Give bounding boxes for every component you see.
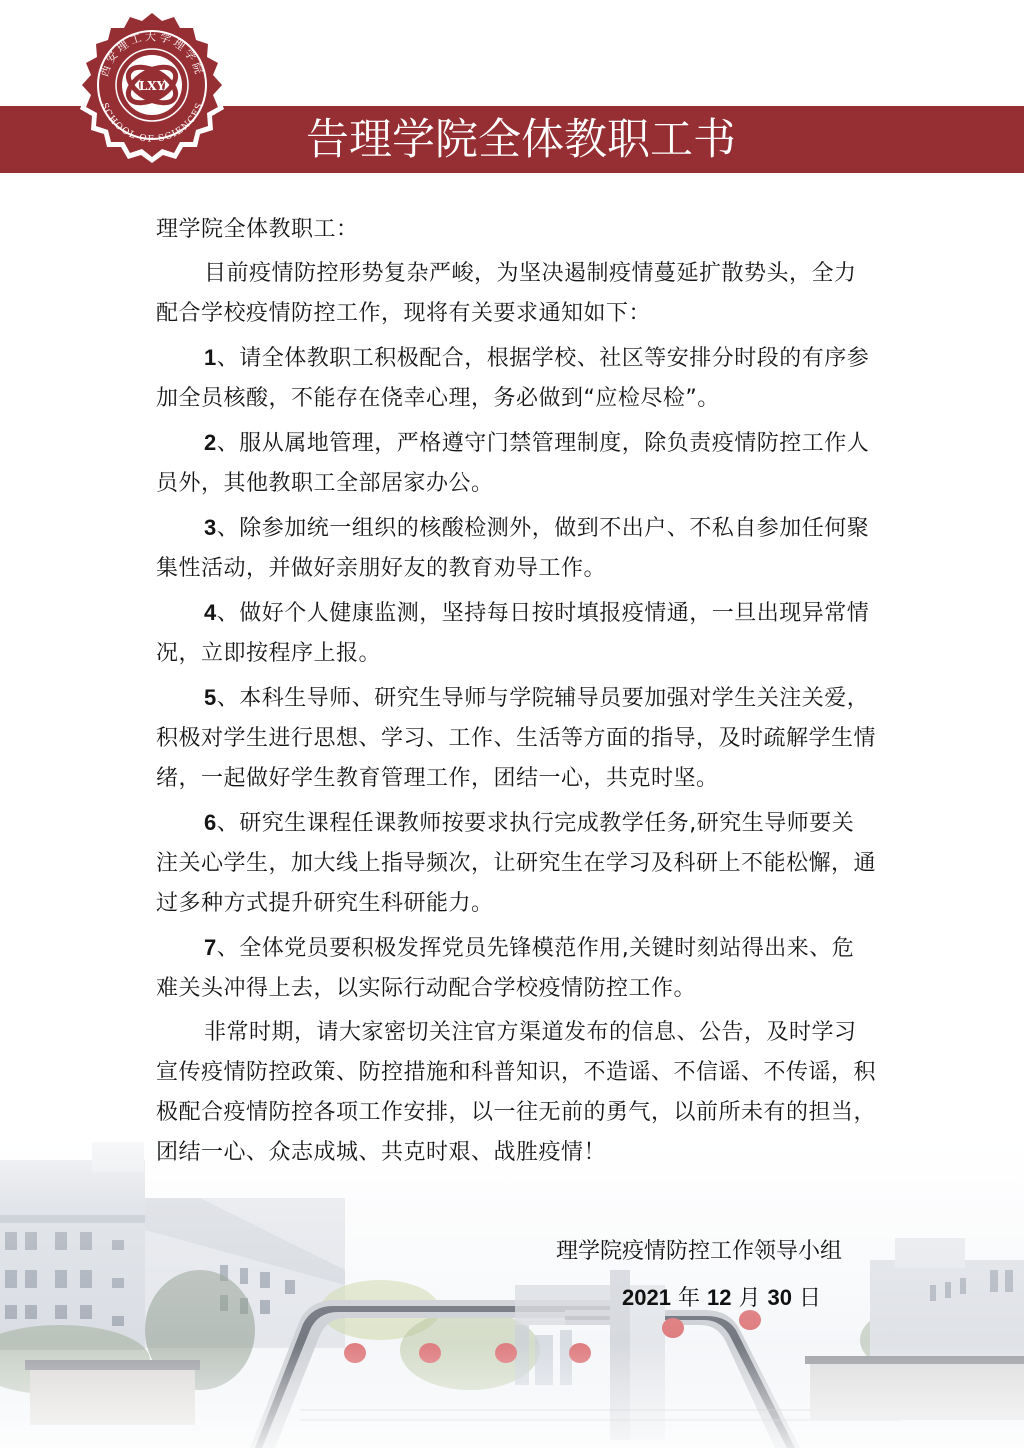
date-month-unit: 月 bbox=[738, 1286, 760, 1311]
letter-closing: 非常时期，请大家密切关注官方渠道发布的信息、公告，及时学习宣传疫情防控政策、防控… bbox=[156, 1013, 876, 1173]
date-year: 2021 bbox=[622, 1285, 671, 1310]
letter-item-1: 1、请全体教职工积极配合，根据学校、社区等安排分时段的有序参加全员核酸，不能存在… bbox=[156, 338, 876, 419]
item-number: 5 bbox=[204, 685, 217, 710]
letter-item-7: 7、全体党员要积极发挥党员先锋模范作用,关键时刻站得出来、危难关头冲得上去，以实… bbox=[156, 928, 876, 1009]
item-number: 4 bbox=[204, 600, 217, 625]
item-text: 、全体党员要积极发挥党员先锋模范作用,关键时刻站得出来、危难关头冲得上去，以实际… bbox=[156, 936, 854, 1001]
date-month: 12 bbox=[707, 1285, 731, 1310]
date-day-unit: 日 bbox=[799, 1286, 821, 1311]
letter-intro: 目前疫情防控形势复杂严峻，为坚决遏制疫情蔓延扩散势头，全力配合学校疫情防控工作，… bbox=[156, 254, 876, 334]
item-number: 1 bbox=[204, 345, 217, 370]
date-year-unit: 年 bbox=[678, 1286, 700, 1311]
item-number: 7 bbox=[204, 935, 217, 960]
letter-date: 2021 年 12 月 30 日 bbox=[622, 1278, 821, 1319]
letter-body: 理学院全体教职工： 目前疫情防控形势复杂严峻，为坚决遏制疫情蔓延扩散势头，全力配… bbox=[156, 210, 876, 1173]
item-text: 、除参加统一组织的核酸检测外，做到不出户、不私自参加任何聚集性活动，并做好亲朋好… bbox=[156, 516, 869, 581]
letter-item-3: 3、除参加统一组织的核酸检测外，做到不出户、不私自参加任何聚集性活动，并做好亲朋… bbox=[156, 508, 876, 589]
letter-signature: 理学院疫情防控工作领导小组 bbox=[556, 1232, 842, 1272]
item-number: 2 bbox=[204, 430, 217, 455]
item-text: 、研究生课程任课教师按要求执行完成教学任务,研究生导师要关注关心学生，加大线上指… bbox=[156, 811, 876, 916]
letter-item-4: 4、做好个人健康监测，坚持每日按时填报疫情通，一旦出现异常情况，立即按程序上报。 bbox=[156, 593, 876, 674]
item-number: 6 bbox=[204, 810, 217, 835]
item-text: 、做好个人健康监测，坚持每日按时填报疫情通，一旦出现异常情况，立即按程序上报。 bbox=[156, 601, 869, 666]
item-number: 3 bbox=[204, 515, 217, 540]
letter-item-5: 5、本科生导师、研究生导师与学院辅导员要加强对学生关注关爱，积极对学生进行思想、… bbox=[156, 678, 876, 799]
item-text: 、请全体教职工积极配合，根据学校、社区等安排分时段的有序参加全员核酸，不能存在侥… bbox=[156, 346, 869, 411]
letter-salutation: 理学院全体教职工： bbox=[156, 210, 876, 250]
letter-item-2: 2、服从属地管理，严格遵守门禁管理制度，除负责疫情防控工作人员外，其他教职工全部… bbox=[156, 423, 876, 504]
date-day: 30 bbox=[767, 1285, 791, 1310]
letter-item-6: 6、研究生课程任课教师按要求执行完成教学任务,研究生导师要关注关心学生，加大线上… bbox=[156, 803, 876, 924]
item-text: 、服从属地管理，严格遵守门禁管理制度，除负责疫情防控工作人员外，其他教职工全部居… bbox=[156, 431, 869, 496]
item-text: 、本科生导师、研究生导师与学院辅导员要加强对学生关注关爱，积极对学生进行思想、学… bbox=[156, 686, 876, 791]
